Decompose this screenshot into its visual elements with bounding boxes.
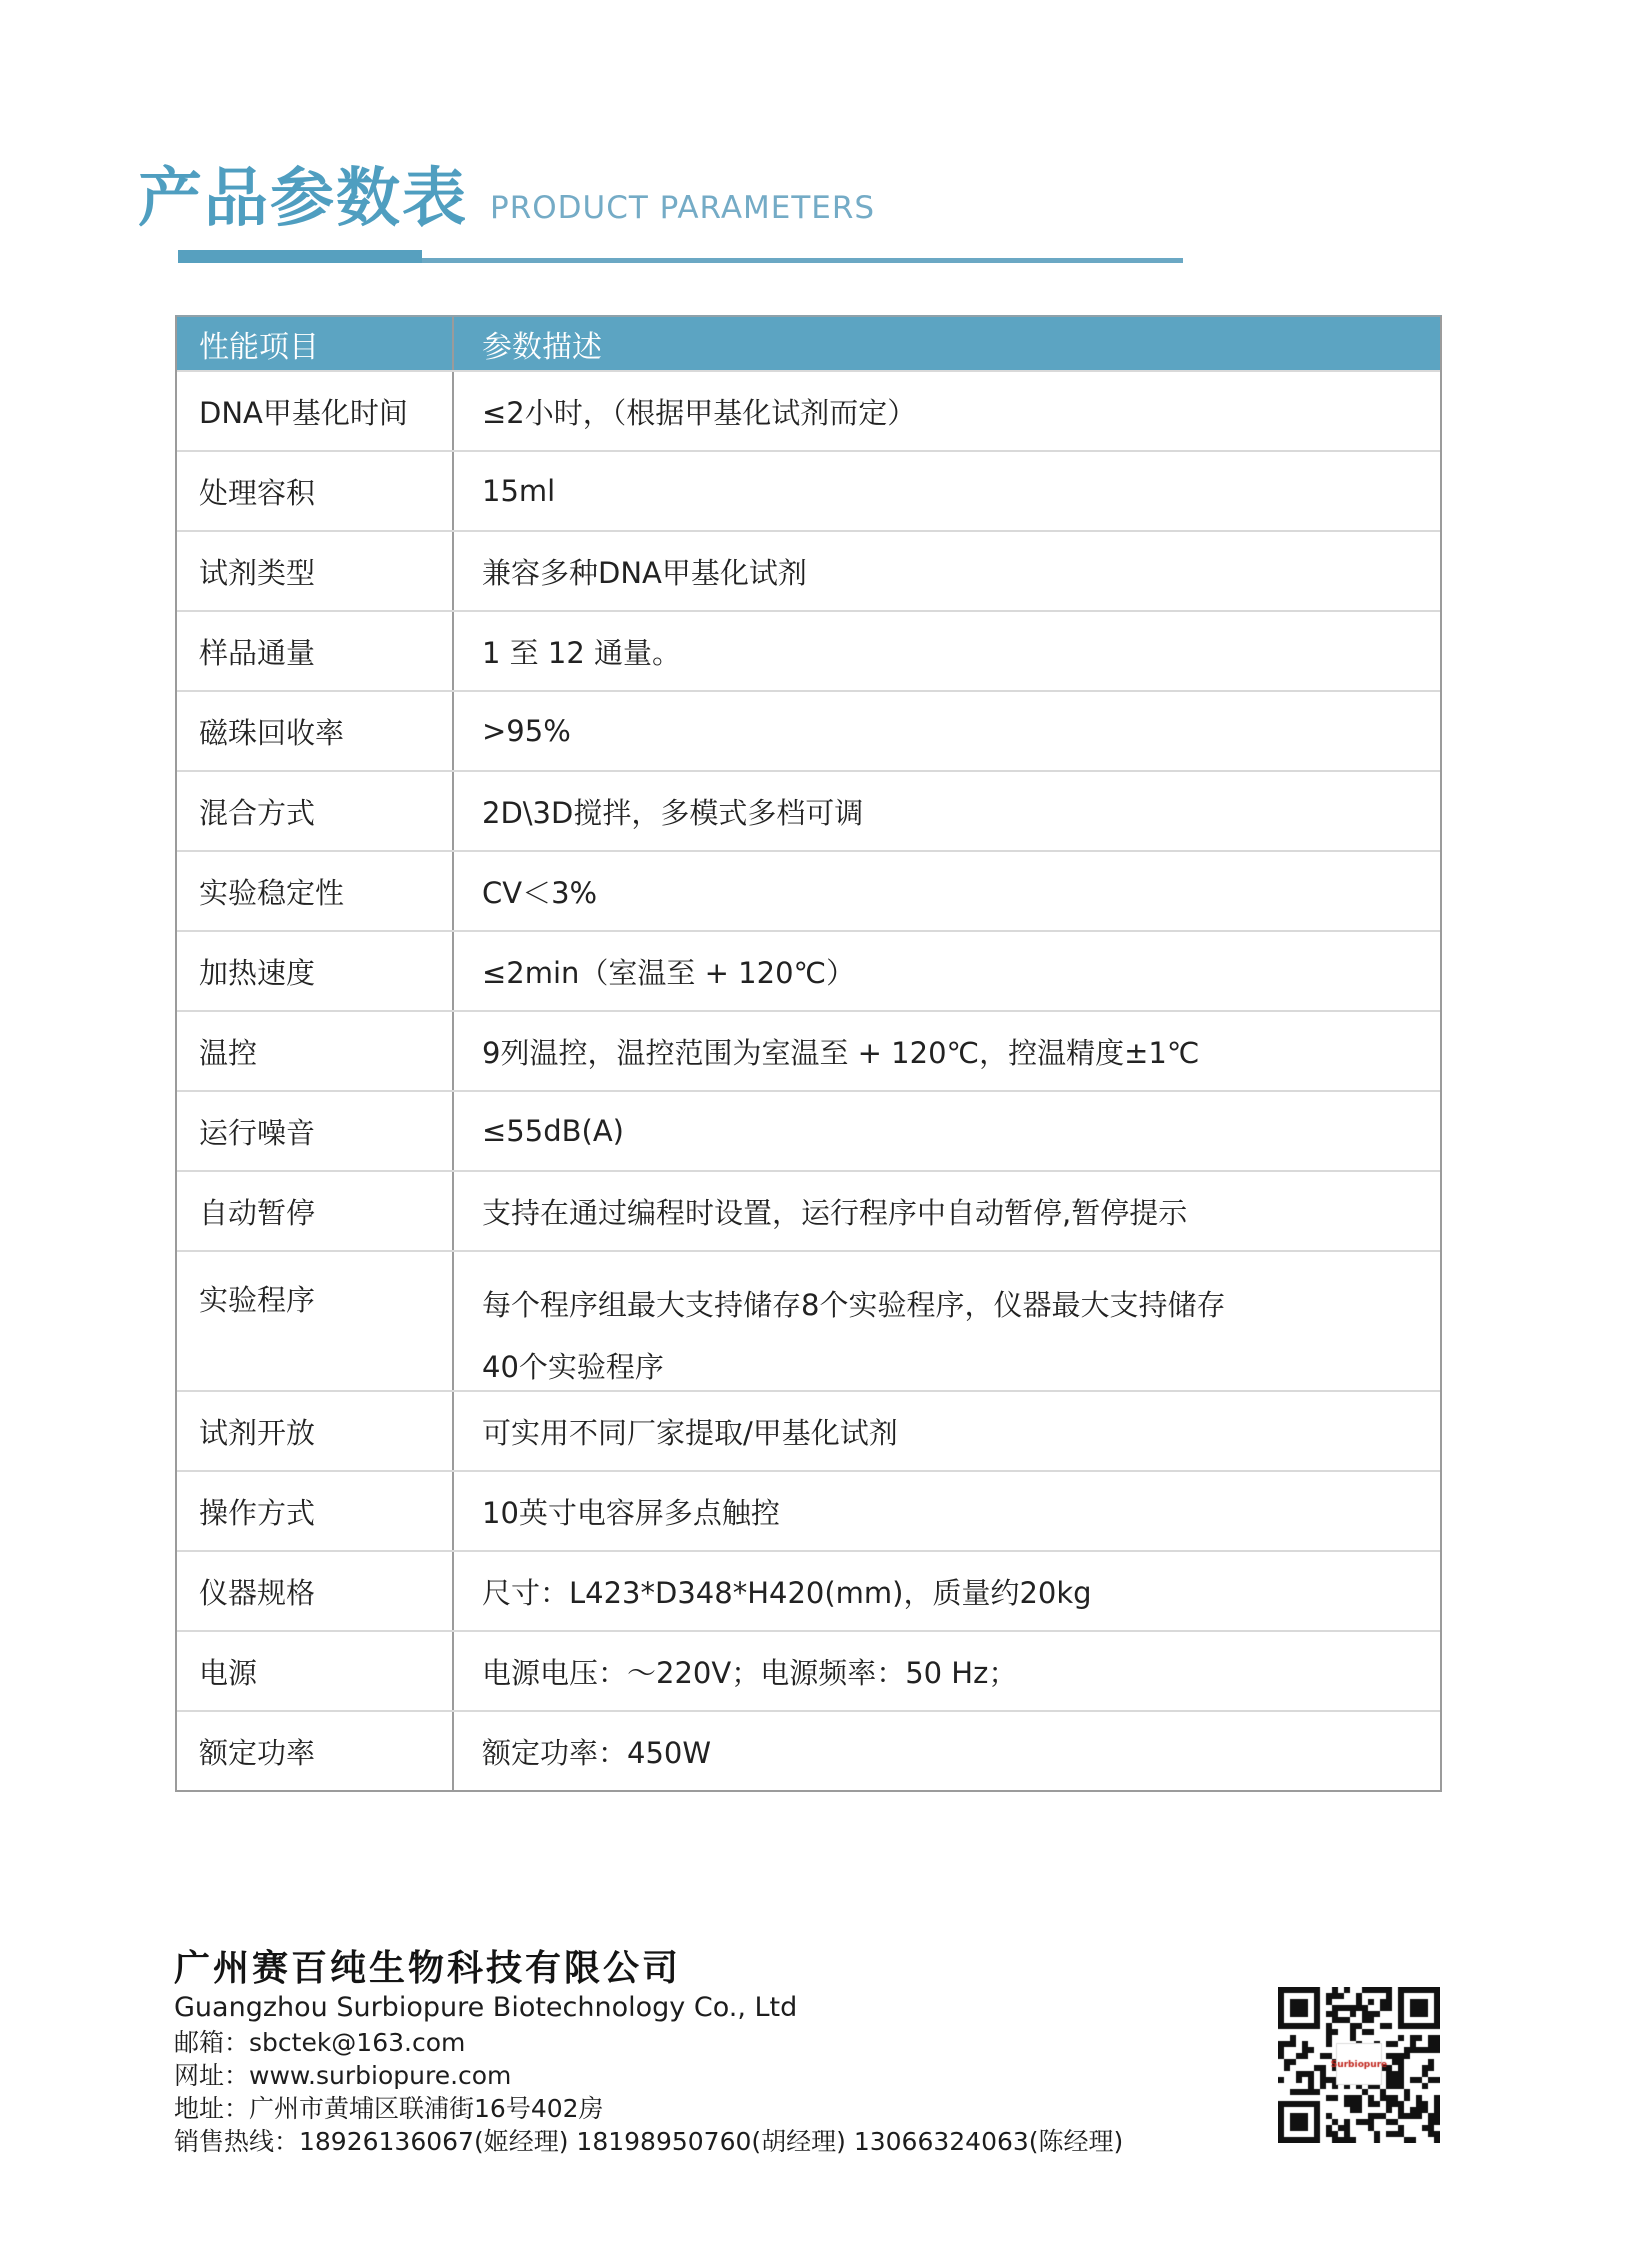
row-label: 磁珠回收率 bbox=[177, 692, 454, 770]
row-value: 15ml bbox=[454, 452, 1440, 530]
row-value: ≤2min（室温至 + 120℃） bbox=[454, 932, 1440, 1010]
page-title: 产品参数表 PRODUCT PARAMETERS bbox=[138, 164, 875, 234]
table-row: 样品通量1 至 12 通量。 bbox=[177, 610, 1440, 690]
table-row: 自动暂停支持在通过编程时设置，运行程序中自动暂停,暂停提示 bbox=[177, 1170, 1440, 1250]
table-row: 加热速度≤2min（室温至 + 120℃） bbox=[177, 930, 1440, 1010]
row-value: 10英寸电容屏多点触控 bbox=[454, 1472, 1440, 1550]
row-value: 2D\3D搅拌，多模式多档可调 bbox=[454, 772, 1440, 850]
row-value: 尺寸：L423*D348*H420(mm)，质量约20kg bbox=[454, 1552, 1440, 1630]
table-row: 电源电源电压：～220V；电源频率：50 Hz； bbox=[177, 1630, 1440, 1710]
row-label: 试剂类型 bbox=[177, 532, 454, 610]
row-value: 电源电压：～220V；电源频率：50 Hz； bbox=[454, 1632, 1440, 1710]
table-row: 试剂开放可实用不同厂家提取/甲基化试剂 bbox=[177, 1390, 1440, 1470]
row-value: 9列温控，温控范围为室温至 + 120℃，控温精度±1℃ bbox=[454, 1012, 1440, 1090]
row-label: 实验程序 bbox=[177, 1252, 454, 1390]
page-title-cn: 产品参数表 bbox=[138, 164, 468, 234]
table-row: 操作方式10英寸电容屏多点触控 bbox=[177, 1470, 1440, 1550]
row-label: 试剂开放 bbox=[177, 1392, 454, 1470]
spec-table: 性能项目 参数描述 DNA甲基化时间≤2小时，（根据甲基化试剂而定）处理容积15… bbox=[175, 315, 1442, 1792]
row-value: 可实用不同厂家提取/甲基化试剂 bbox=[454, 1392, 1440, 1470]
table-header: 性能项目 参数描述 bbox=[177, 317, 1440, 370]
table-row: 混合方式2D\3D搅拌，多模式多档可调 bbox=[177, 770, 1440, 850]
row-label: 运行噪音 bbox=[177, 1092, 454, 1170]
table-row: 实验稳定性CV＜3% bbox=[177, 850, 1440, 930]
title-underline-thick bbox=[178, 250, 422, 263]
table-row: 运行噪音≤55dB(A) bbox=[177, 1090, 1440, 1170]
row-value: >95% bbox=[454, 692, 1440, 770]
row-label: 仪器规格 bbox=[177, 1552, 454, 1630]
contact-block: 邮箱：sbctek@163.com 网址：www.surbiopure.com … bbox=[174, 2026, 1123, 2158]
contact-line-email: 邮箱：sbctek@163.com bbox=[174, 2026, 1123, 2059]
row-label: 电源 bbox=[177, 1632, 454, 1710]
table-row: 仪器规格尺寸：L423*D348*H420(mm)，质量约20kg bbox=[177, 1550, 1440, 1630]
row-label: 处理容积 bbox=[177, 452, 454, 530]
row-label: 额定功率 bbox=[177, 1712, 454, 1790]
title-underline-thin bbox=[422, 258, 1183, 263]
row-value: 支持在通过编程时设置，运行程序中自动暂停,暂停提示 bbox=[454, 1172, 1440, 1250]
table-row: 温控9列温控，温控范围为室温至 + 120℃，控温精度±1℃ bbox=[177, 1010, 1440, 1090]
table-row: DNA甲基化时间≤2小时，（根据甲基化试剂而定） bbox=[177, 370, 1440, 450]
table-row: 额定功率额定功率：450W bbox=[177, 1710, 1440, 1790]
row-value: CV＜3% bbox=[454, 852, 1440, 930]
row-label: 温控 bbox=[177, 1012, 454, 1090]
row-value: 1 至 12 通量。 bbox=[454, 612, 1440, 690]
contact-line-website: 网址：www.surbiopure.com bbox=[174, 2059, 1123, 2092]
company-name-en: Guangzhou Surbiopure Biotechnology Co., … bbox=[174, 1992, 797, 2023]
row-label: DNA甲基化时间 bbox=[177, 372, 454, 450]
row-label: 混合方式 bbox=[177, 772, 454, 850]
row-label: 自动暂停 bbox=[177, 1172, 454, 1250]
table-body: DNA甲基化时间≤2小时，（根据甲基化试剂而定）处理容积15ml试剂类型兼容多种… bbox=[177, 370, 1440, 1790]
row-value: 兼容多种DNA甲基化试剂 bbox=[454, 532, 1440, 610]
row-value: ≤2小时，（根据甲基化试剂而定） bbox=[454, 372, 1440, 450]
page-title-en: PRODUCT PARAMETERS bbox=[468, 190, 875, 234]
row-label: 操作方式 bbox=[177, 1472, 454, 1550]
header-col-parameter-description: 参数描述 bbox=[454, 317, 1440, 370]
row-value: 额定功率：450W bbox=[454, 1712, 1440, 1790]
row-label: 加热速度 bbox=[177, 932, 454, 1010]
row-label: 实验稳定性 bbox=[177, 852, 454, 930]
qr-code bbox=[1278, 1987, 1440, 2143]
row-value: 每个程序组最大支持储存8个实验程序，仪器最大支持储存 40个实验程序 bbox=[454, 1252, 1440, 1390]
row-label: 样品通量 bbox=[177, 612, 454, 690]
header-col-performance-item: 性能项目 bbox=[177, 317, 454, 370]
contact-line-address: 地址：广州市黄埔区联浦街16号402房 bbox=[174, 2092, 1123, 2125]
table-row: 处理容积15ml bbox=[177, 450, 1440, 530]
table-row: 实验程序每个程序组最大支持储存8个实验程序，仪器最大支持储存 40个实验程序 bbox=[177, 1250, 1440, 1390]
table-row: 试剂类型兼容多种DNA甲基化试剂 bbox=[177, 530, 1440, 610]
page: { "page": { "title_cn": "产品参数表", "title_… bbox=[0, 0, 1649, 2244]
row-value: ≤55dB(A) bbox=[454, 1092, 1440, 1170]
company-name-cn: 广州赛百纯生物科技有限公司 bbox=[174, 1940, 681, 1991]
table-row: 磁珠回收率>95% bbox=[177, 690, 1440, 770]
contact-line-hotline: 销售热线：18926136067(姬经理) 18198950760(胡经理) 1… bbox=[174, 2125, 1123, 2158]
